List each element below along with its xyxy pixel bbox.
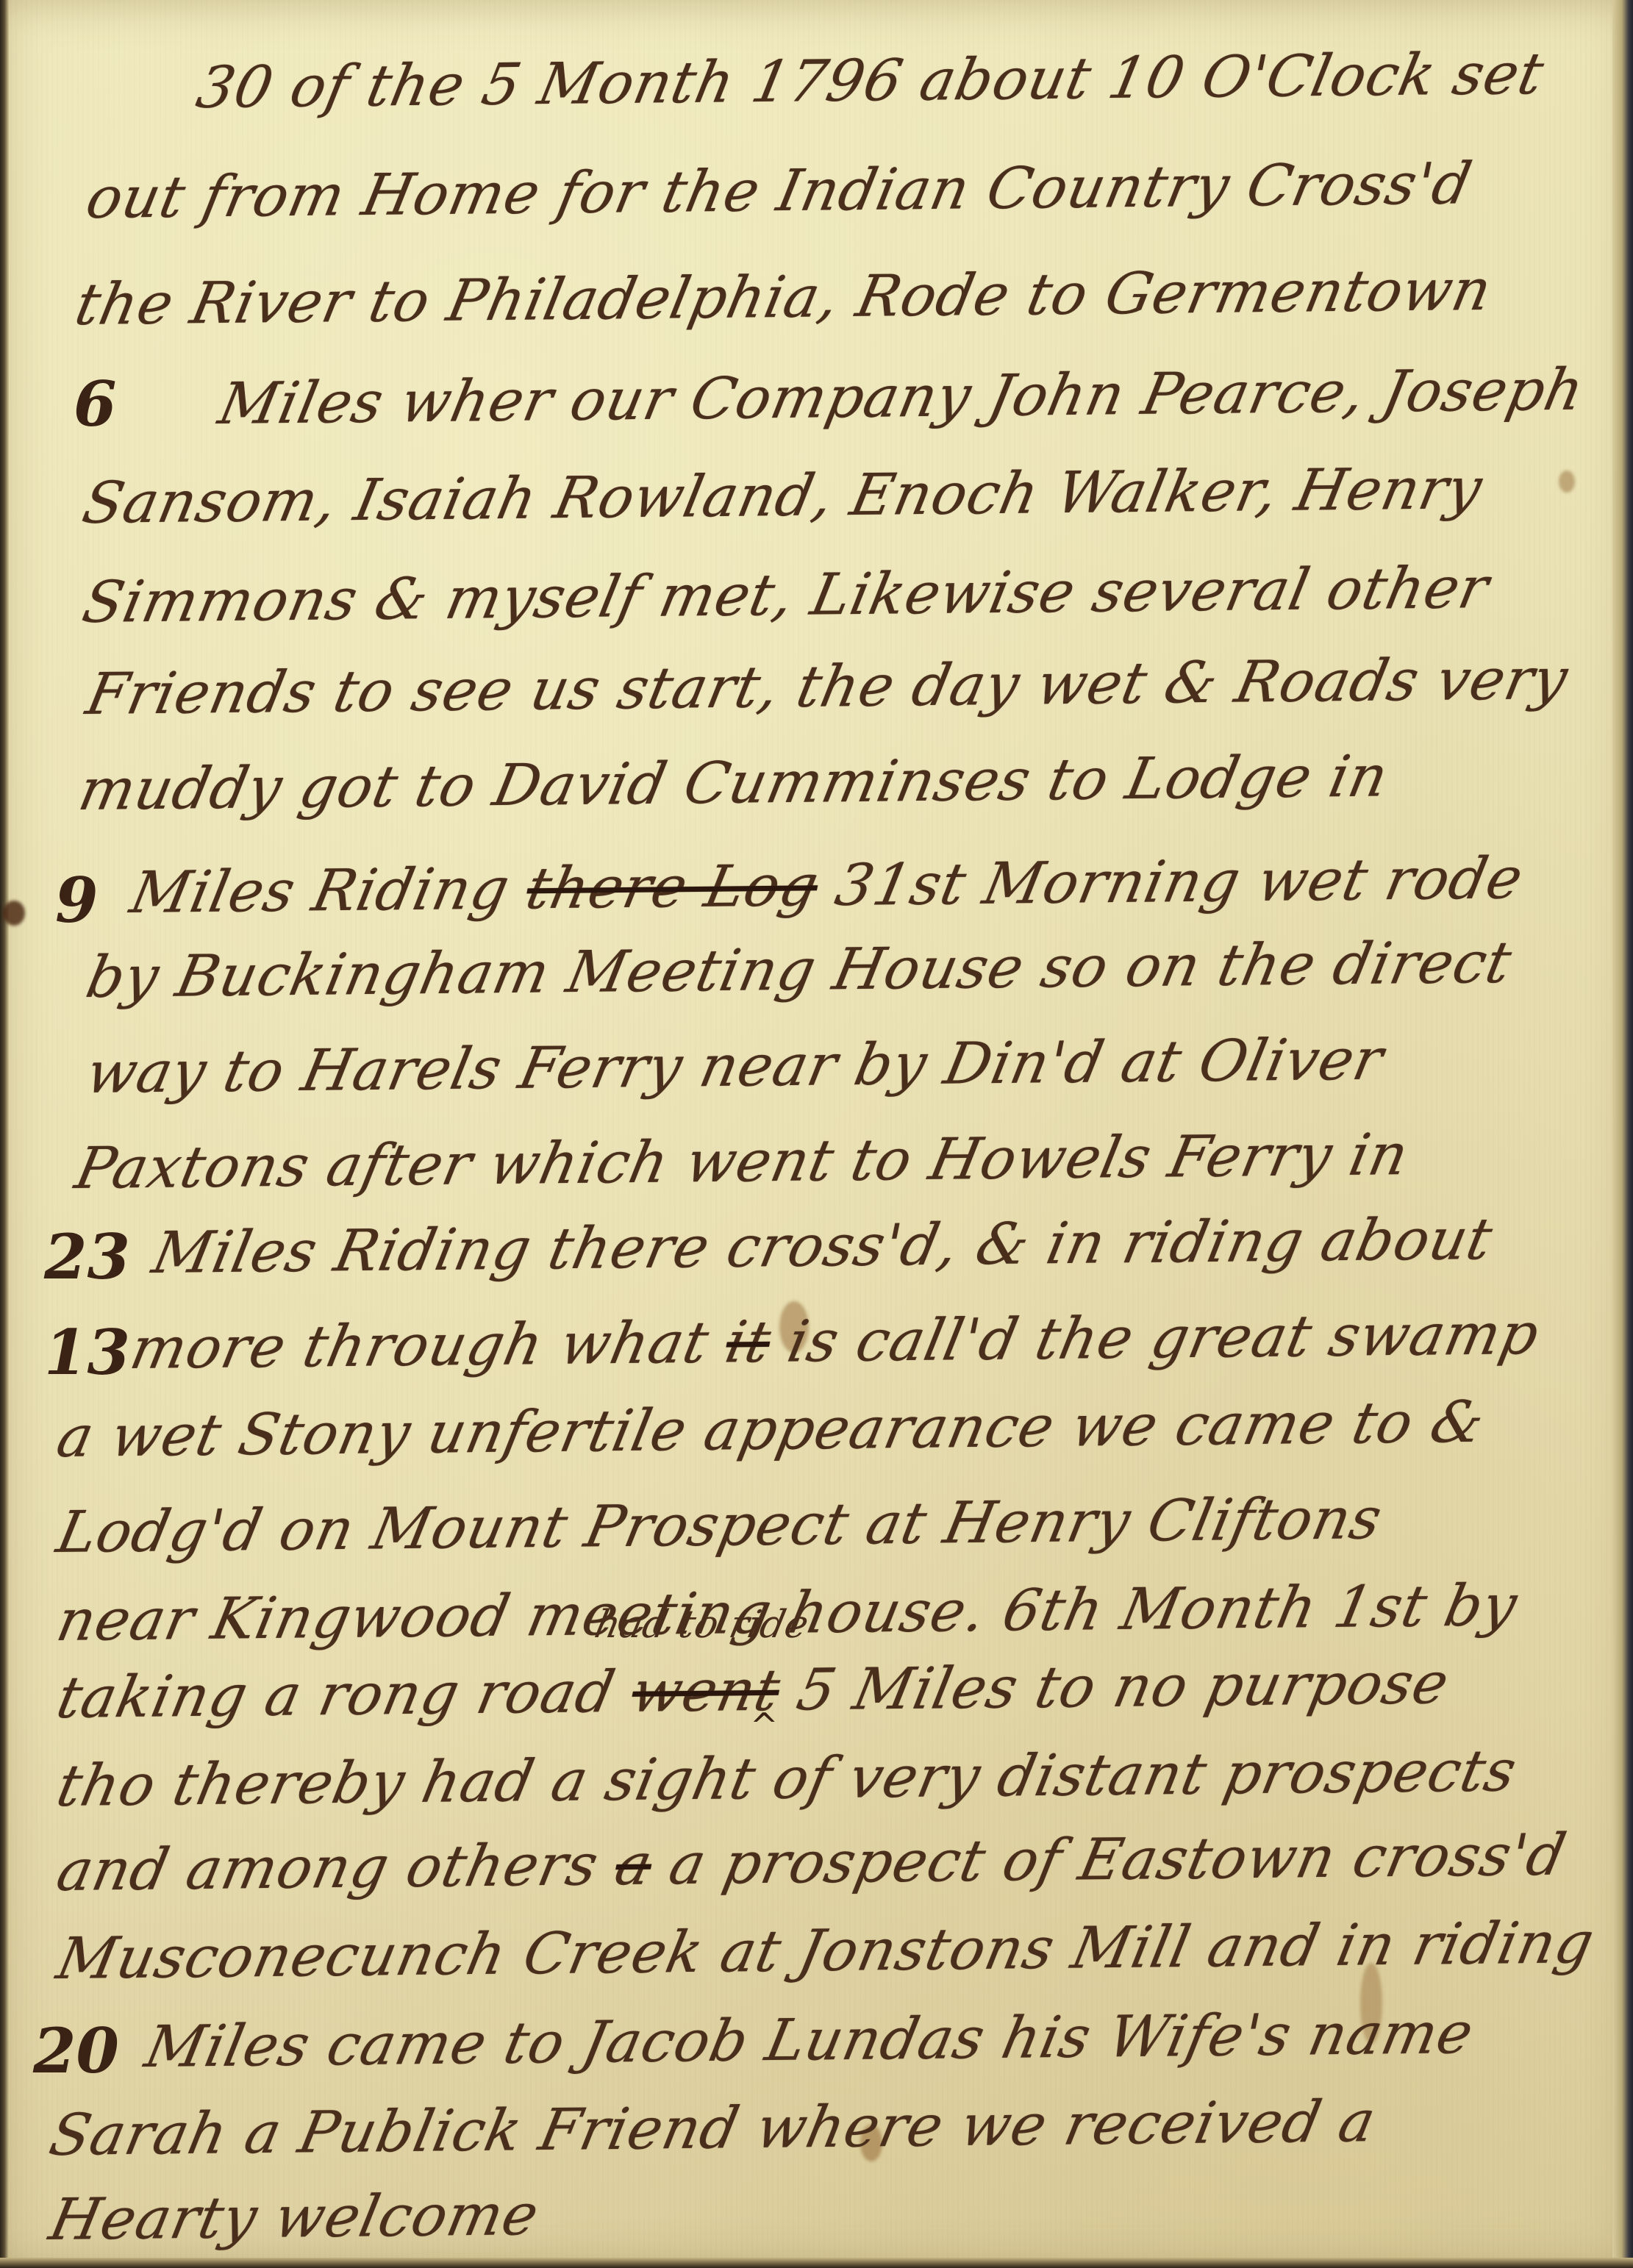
text-line: more through what it is call'd the great…	[125, 1301, 1545, 1382]
struck-text: there Log	[521, 853, 824, 922]
line-text: is call'd the great swamp	[782, 1301, 1545, 1376]
text-line: Miles Riding there cross'd, & in riding …	[147, 1206, 1498, 1287]
interlinear-insertion: had to ride	[591, 1603, 812, 1647]
text-line: taking a rong road went 5 Miles to no pu…	[51, 1650, 1454, 1731]
text-line: Simmons & myself met, Likewise several o…	[77, 555, 1495, 636]
manuscript-page: 30 of the 5 Month 1796 about 10 O'Clock …	[0, 0, 1633, 2268]
text-line: Miles Riding there Log 31st Morning wet …	[125, 845, 1529, 926]
margin-mileage: 13	[44, 1316, 130, 1389]
text-line: Lodg'd on Mount Prospect at Henry Clifto…	[51, 1486, 1387, 1566]
line-text: 5 Miles to no purpose	[791, 1650, 1454, 1723]
text-line: a wet Stony unfertile appearance we came…	[51, 1389, 1490, 1470]
text-line: out from Home for the Indian Country Cro…	[81, 151, 1477, 232]
text-line: tho thereby had a sight of very distant …	[51, 1738, 1522, 1820]
line-text: and among others	[51, 1832, 604, 1904]
line-text: Miles Riding	[125, 856, 515, 926]
text-line: by Buckingham Meeting House so on the di…	[81, 930, 1518, 1011]
margin-mileage: 20	[33, 2014, 119, 2087]
margin-mileage: 9	[55, 864, 98, 937]
text-line: Paxtons after which went to Howels Ferry…	[70, 1122, 1414, 1202]
text-line: and among others a a prospect of Eastown…	[51, 1822, 1572, 1904]
struck-text: it	[721, 1309, 777, 1376]
text-line: Hearty welcome	[44, 2182, 544, 2253]
struck-text: a	[610, 1832, 658, 1898]
text-line: Sarah a Publick Friend where we received…	[44, 2089, 1382, 2169]
text-line: Sansom, Isaiah Rowland, Enoch Walker, He…	[77, 456, 1488, 537]
line-text: 31st Morning wet rode	[830, 845, 1529, 919]
text-line: Miles came to Jacob Lundas his Wife's na…	[140, 2000, 1479, 2081]
text-line: the River to Philadelphia, Rode to Germe…	[70, 257, 1497, 338]
text-line: 30 of the 5 Month 1796 about 10 O'Clock …	[191, 41, 1550, 121]
margin-mileage: 23	[44, 1220, 130, 1293]
text-line: way to Harels Ferry near by Din'd at Oli…	[81, 1027, 1389, 1106]
text-line: Miles wher our Company John Pearce, Jose…	[213, 357, 1590, 437]
struck-text: went	[626, 1658, 786, 1725]
line-text: taking a rong road	[51, 1659, 621, 1731]
text-line: Musconecunch Creek at Jonstons Mill and …	[51, 1910, 1600, 1992]
line-text: more through what	[125, 1310, 715, 1382]
line-text: a prospect of Eastown cross'd	[664, 1822, 1572, 1898]
text-line: muddy got to David Cumminses to Lodge in	[74, 743, 1394, 823]
text-line: Friends to see us start, the day wet & R…	[81, 646, 1573, 728]
margin-mileage: 6	[74, 368, 116, 440]
journal-text: 30 of the 5 Month 1796 about 10 O'Clock …	[0, 0, 1633, 2268]
